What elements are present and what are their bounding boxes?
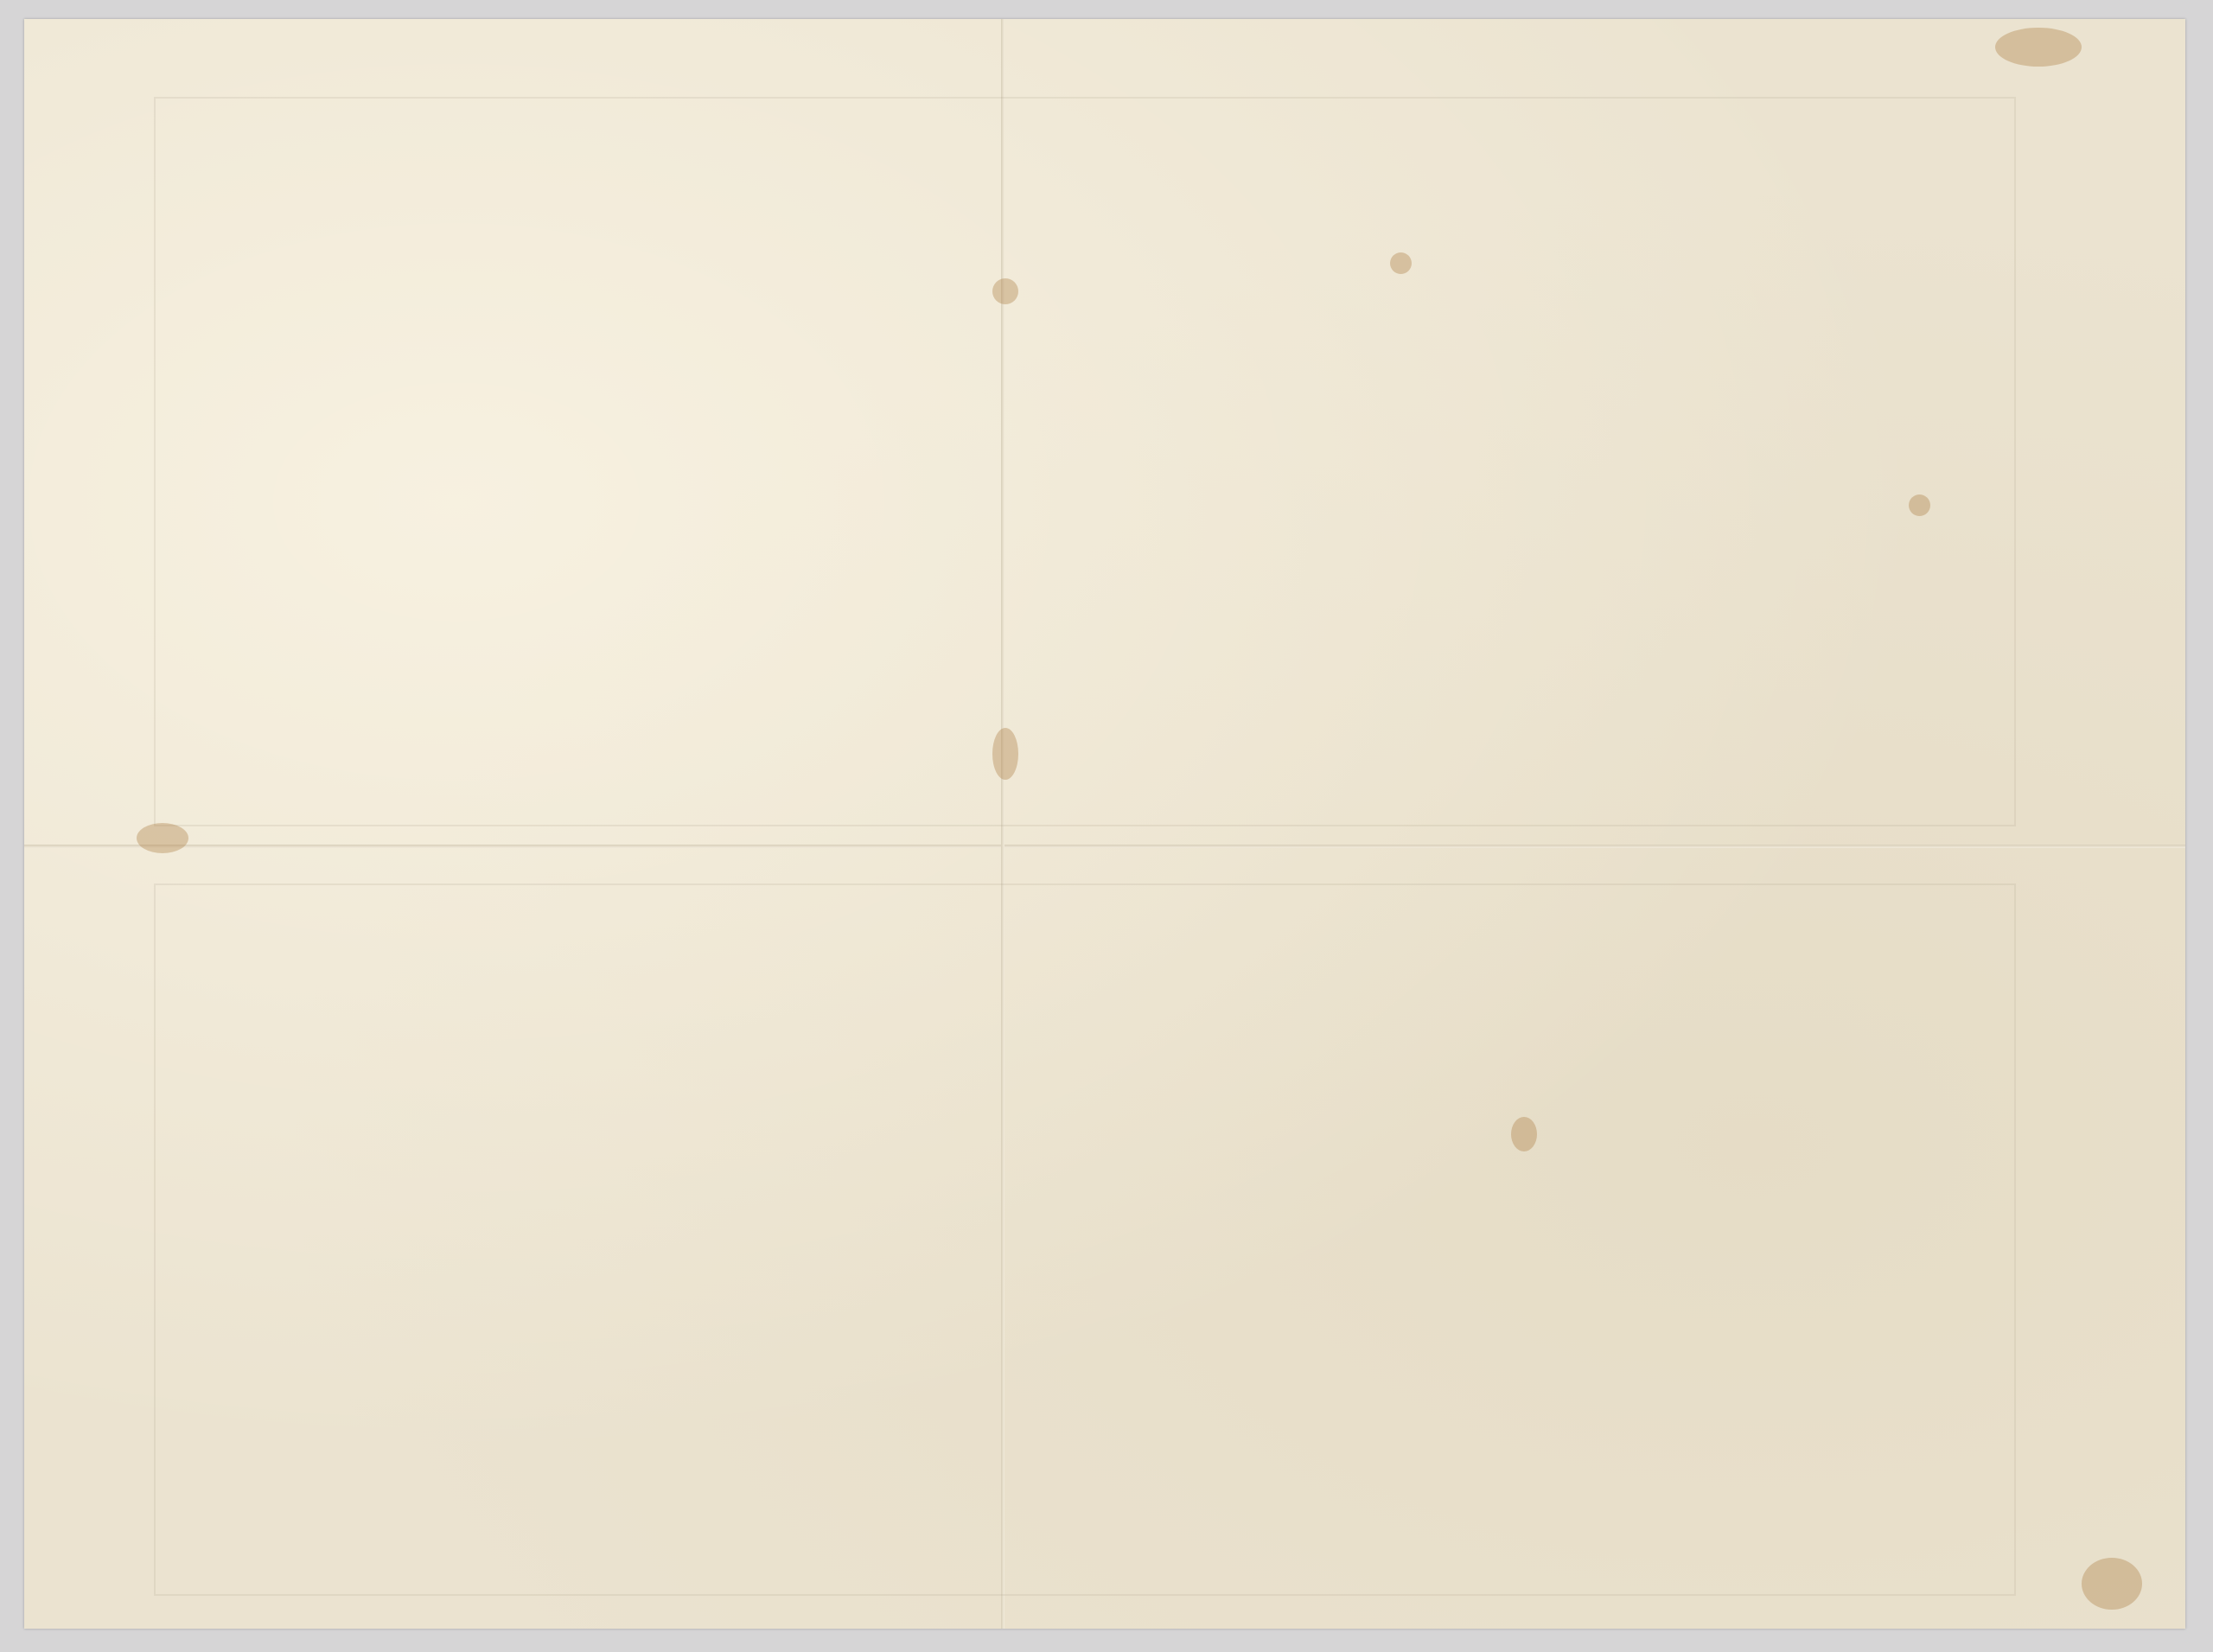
stain: [1995, 28, 2082, 67]
bleed-through-frame-bottom: [154, 883, 2016, 1596]
stain: [1511, 1117, 1537, 1151]
stain: [992, 278, 1018, 304]
stain: [1390, 252, 1412, 274]
stain: [992, 728, 1018, 780]
stain: [137, 823, 188, 853]
document-sheet: [24, 19, 2185, 1629]
stain: [1909, 494, 1930, 516]
bleed-through-frame-top: [154, 97, 2016, 826]
stain: [2082, 1558, 2142, 1610]
horizontal-fold: [24, 845, 2185, 848]
